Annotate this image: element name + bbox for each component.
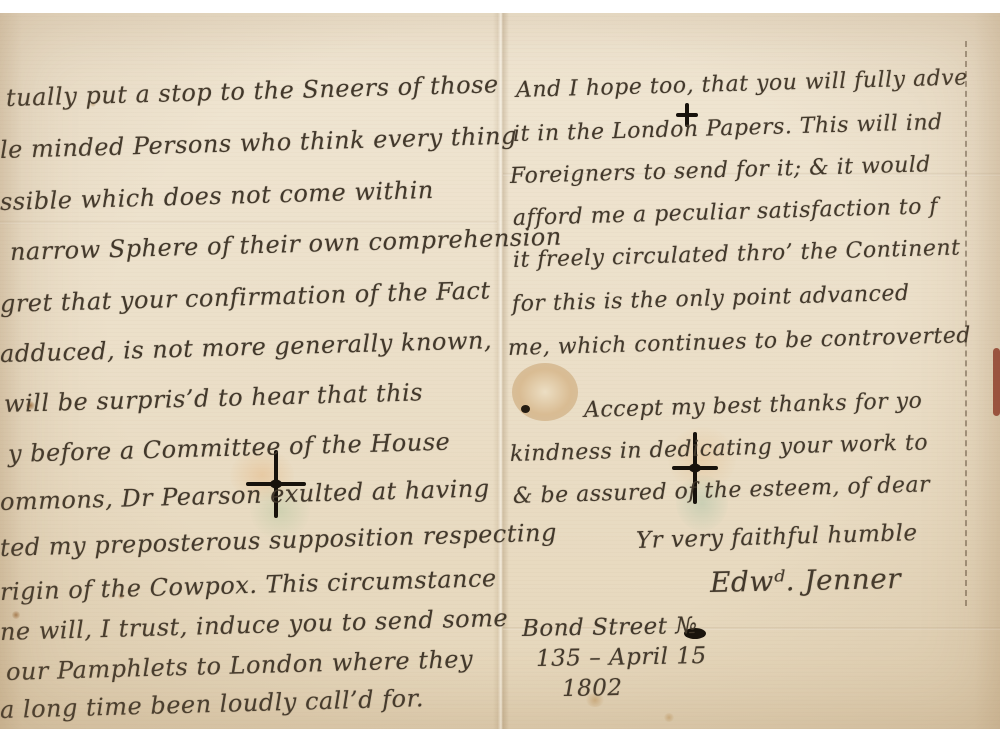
letter-line: afford me a peculiar satisfaction to f xyxy=(513,194,939,231)
letter-line: gret that your confirmation of the Fact xyxy=(0,276,491,318)
letter-line: will be surpris’d to hear that this xyxy=(4,378,424,418)
address-line: Bond Street № xyxy=(522,613,698,642)
letter-line: our Pamphlets to London where they xyxy=(6,645,474,686)
letter-line: ommons, Dr Pearson exulted at having xyxy=(0,474,490,516)
valediction: Yr very faithful humble xyxy=(636,520,918,554)
signature: Edwᵈ. Jenner xyxy=(710,562,902,599)
letter-line: adduced, is not more generally known, xyxy=(0,326,492,368)
year-line: 1802 xyxy=(562,675,623,702)
brown-ring-stain xyxy=(512,363,578,421)
ink-speck xyxy=(521,405,530,413)
red-stain-right-edge xyxy=(993,348,1000,416)
date-line: 135 – April 15 xyxy=(536,643,707,672)
letter-line: ne will, I trust, induce you to send som… xyxy=(0,604,508,646)
letter-line: a long time been loudly call’d for. xyxy=(0,684,424,724)
letter-line: it freely circulated thro’ the Continent xyxy=(513,236,961,273)
fold-crease-left xyxy=(0,221,497,224)
letter-line: for this is the only point advanced xyxy=(512,281,910,317)
letter-line: it in the London Papers. This will ind xyxy=(513,110,943,147)
letter-line: me, which continues to be controverted xyxy=(508,323,972,361)
letter-line: le minded Persons who think every thing xyxy=(0,122,517,164)
letter-closing-line: Accept my best thanks for yo xyxy=(584,389,923,423)
ink-blot-core xyxy=(689,464,701,473)
letter-line: tually put a stop to the Sneers of those xyxy=(6,70,499,112)
fox-spot xyxy=(664,713,674,722)
letter-line: narrow Sphere of their own comprehension xyxy=(10,223,563,266)
letter-line: ssible which does not come within xyxy=(0,176,434,216)
letter-line: rigin of the Cowpox. This circumstance xyxy=(0,564,497,606)
letter-photograph: tually put a stop to the Sneers of those… xyxy=(0,13,1000,729)
letter-line: Foreigners to send for it; & it would xyxy=(510,152,932,189)
letter-line: And I hope too, that you will fully adve xyxy=(516,65,968,103)
letter-line: y before a Committee of the House xyxy=(8,428,451,468)
